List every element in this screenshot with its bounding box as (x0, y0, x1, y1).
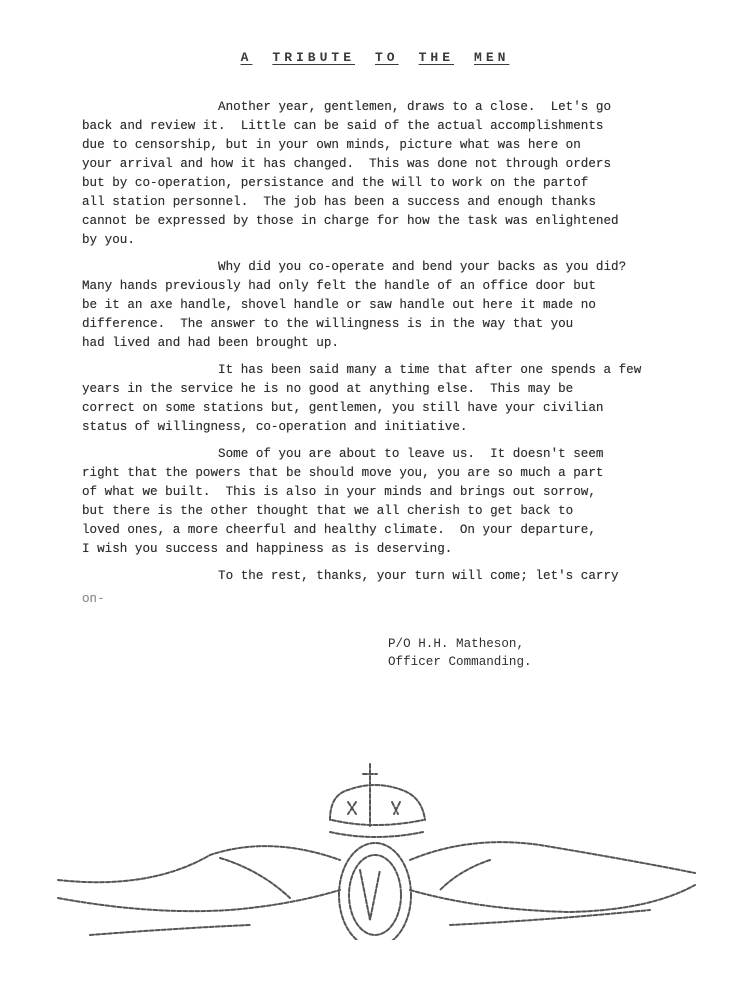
paragraph-1-line: by you. (82, 231, 135, 249)
paragraph-3-line: correct on some stations but, gentlemen,… (82, 399, 603, 417)
title-word: MEN (474, 50, 509, 65)
paragraph-4-line: loved ones, a more cheerful and healthy … (82, 521, 596, 539)
document-page: ATRIBUTETOTHEMEN Another year, gentlemen… (0, 0, 750, 992)
paragraph-4-line: right that the powers that be should mov… (82, 464, 603, 482)
paragraph-2-line: Many hands previously had only felt the … (82, 277, 596, 295)
paragraph-3-line: years in the service he is no good at an… (82, 380, 573, 398)
paragraph-4-line: of what we built. This is also in your m… (82, 483, 596, 501)
paragraph-1-line: all station personnel. The job has been … (82, 193, 596, 211)
title-word: TRIBUTE (272, 50, 355, 65)
wings-crown-emblem-icon (30, 750, 720, 940)
paragraph-5-line: on- (82, 590, 105, 608)
title-word: A (241, 50, 253, 65)
title-word: THE (419, 50, 454, 65)
paragraph-1-line: due to censorship, but in your own minds… (82, 136, 581, 154)
paragraph-1-line: cannot be expressed by those in charge f… (82, 212, 619, 230)
paragraph-2-line: difference. The answer to the willingnes… (82, 315, 573, 333)
paragraph-3-line: status of willingness, co-operation and … (82, 418, 467, 436)
paragraph-5-line: To the rest, thanks, your turn will come… (82, 567, 619, 585)
paragraph-4-line: but there is the other thought that we a… (82, 502, 573, 520)
paragraph-2-line: had lived and had been brought up. (82, 334, 339, 352)
paragraph-4-line: I wish you success and happiness as is d… (82, 540, 452, 558)
signature-name: P/O H.H. Matheson, (388, 635, 524, 653)
title-word: TO (375, 50, 399, 65)
paragraph-1-line: Another year, gentlemen, draws to a clos… (82, 98, 611, 116)
paragraph-4-line: Some of you are about to leave us. It do… (82, 445, 603, 463)
paragraph-1-line: but by co-operation, persistance and the… (82, 174, 588, 192)
signature-title: Officer Commanding. (388, 653, 532, 671)
paragraph-3-line: It has been said many a time that after … (82, 361, 641, 379)
document-title: ATRIBUTETOTHEMEN (0, 50, 750, 65)
paragraph-1-line: back and review it. Little can be said o… (82, 117, 603, 135)
paragraph-2-line: be it an axe handle, shovel handle or sa… (82, 296, 596, 314)
paragraph-2-line: Why did you co-operate and bend your bac… (82, 258, 626, 276)
paragraph-1-line: your arrival and how it has changed. Thi… (82, 155, 611, 173)
